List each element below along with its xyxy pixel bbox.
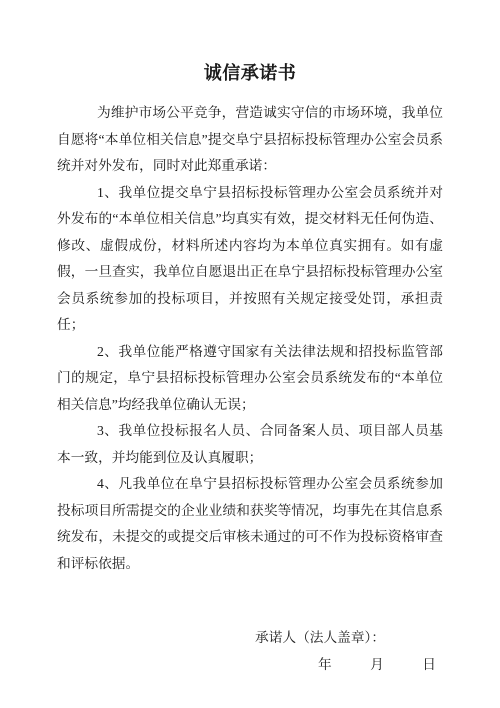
intro-paragraph: 为维护市场公平竞争，营造诚实守信的市场环境，我单位自愿将“本单位相关信息”提交阜… — [57, 100, 443, 180]
commitment-item-4: 4、凡我单位在阜宁县招标投标管理办公室会员系统参加投标项目所需提交的企业业绩和获… — [57, 471, 443, 577]
commitment-item-2: 2、我单位能严格遵守国家有关法律法规和招投标监管部门的规定，阜宁县招标投标管理办… — [57, 339, 443, 419]
month-label: 月 — [370, 652, 384, 679]
document-page: 诚信承诺书 为维护市场公平竞争，营造诚实守信的市场环境，我单位自愿将“本单位相关… — [0, 0, 500, 708]
day-label: 日 — [422, 652, 436, 679]
commitment-item-3: 3、我单位投标报名人员、合同备案人员、项目部人员基本一致，并均能到位及认真履职； — [57, 418, 443, 471]
date-line: 年 月 日 — [57, 652, 443, 679]
promisor-signature-label: 承诺人（法人盖章）： — [57, 625, 443, 652]
commitment-item-1: 1、我单位提交阜宁县招标投标管理办公室会员系统并对外发布的“本单位相关信息”均真… — [57, 180, 443, 339]
document-title: 诚信承诺书 — [57, 61, 443, 85]
year-label: 年 — [318, 657, 332, 672]
